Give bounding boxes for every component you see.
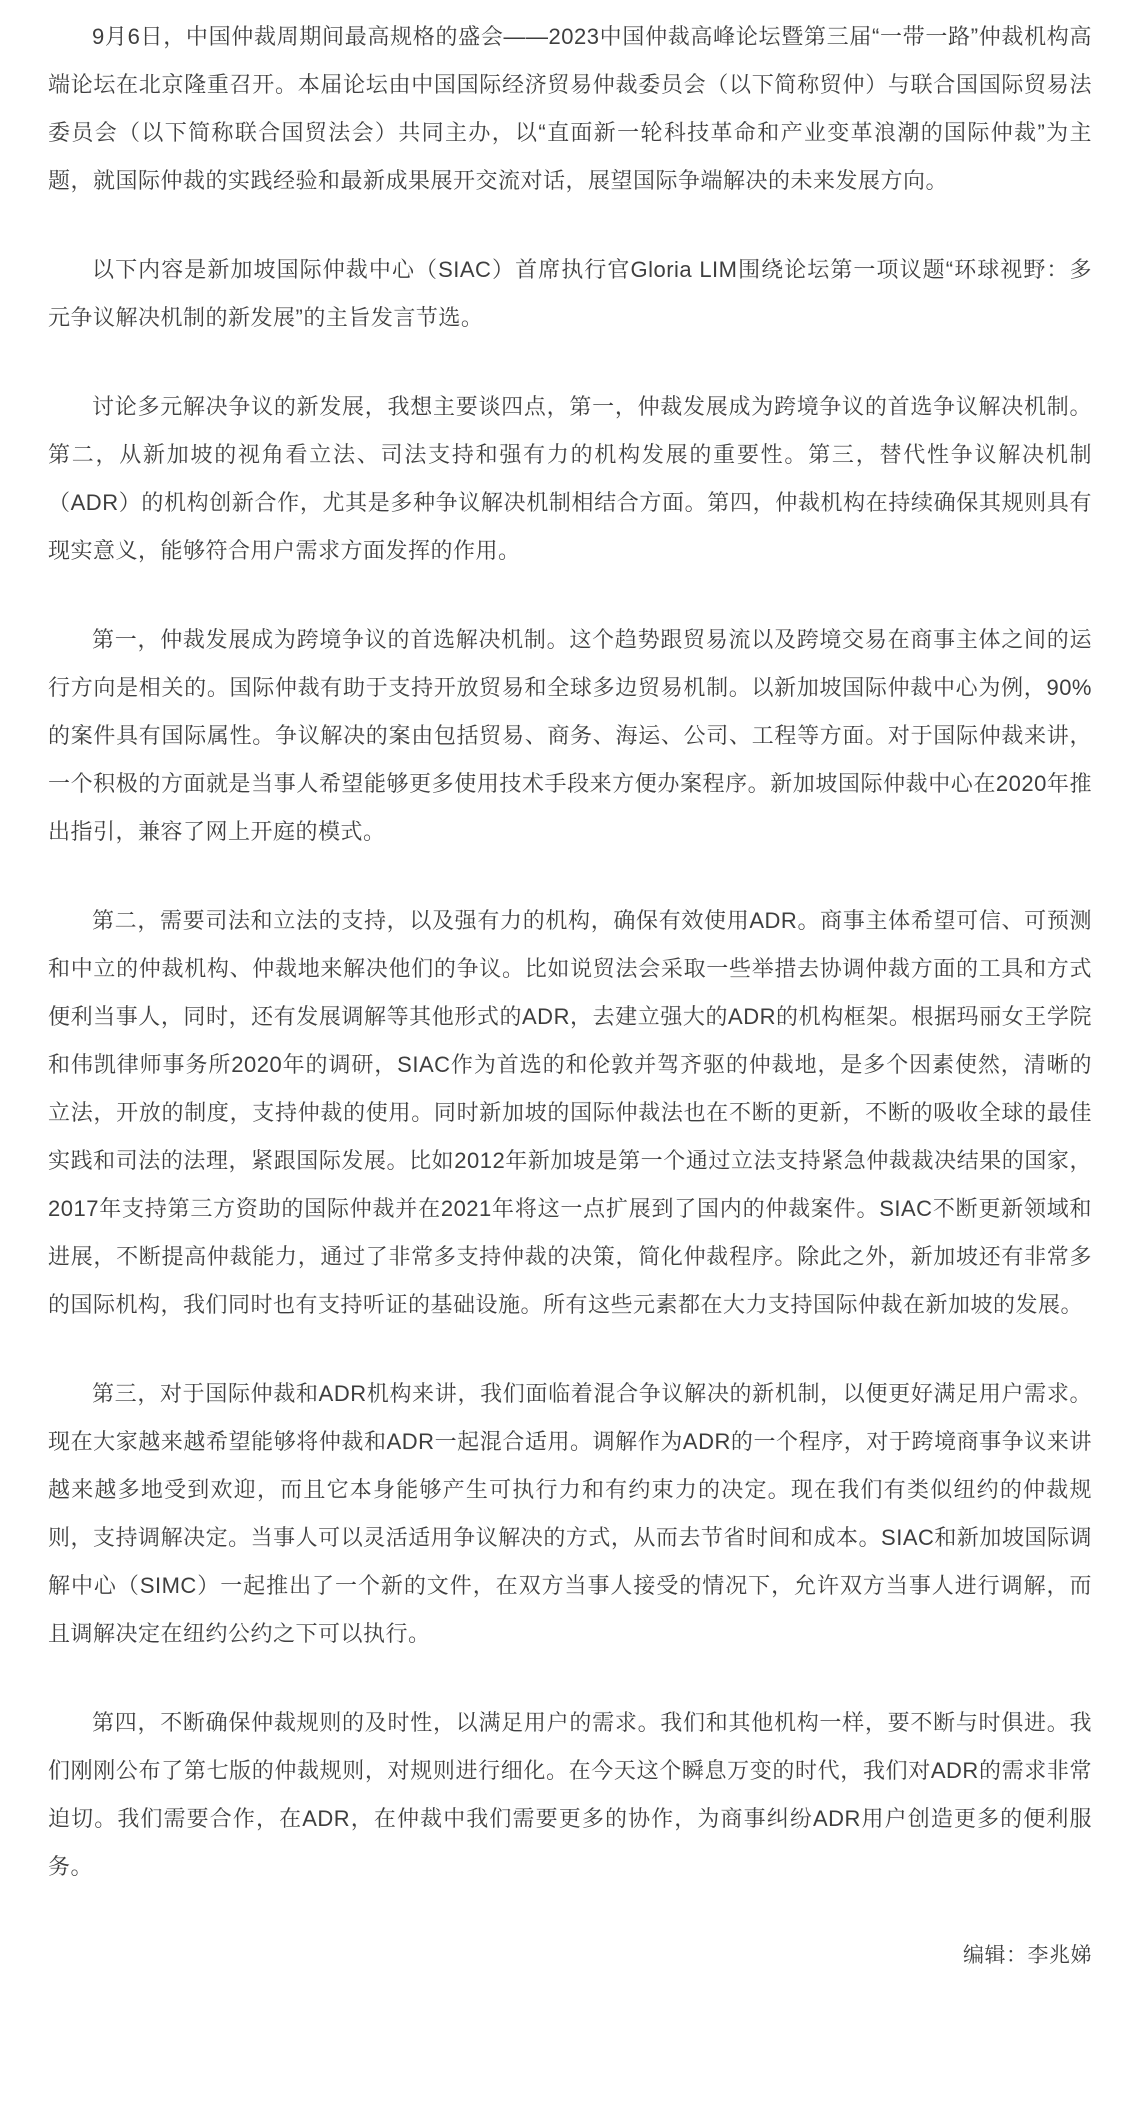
article-paragraph-point-1: 第一，仲裁发展成为跨境争议的首选解决机制。这个趋势跟贸易流以及跨境交易在商事主体… (48, 616, 1092, 856)
editor-credit: 编辑：李兆娣 (48, 1932, 1092, 1980)
article-paragraph-point-4: 第四，不断确保仲裁规则的及时性，以满足用户的需求。我们和其他机构一样，要不断与时… (48, 1699, 1092, 1891)
article-paragraph-overview: 讨论多元解决争议的新发展，我想主要谈四点，第一，仲裁发展成为跨境争议的首选争议解… (48, 383, 1092, 575)
article-paragraph-speaker-note: 以下内容是新加坡国际仲裁中心（SIAC）首席执行官Gloria LIM围绕论坛第… (48, 246, 1092, 342)
article-paragraph-intro: 9月6日，中国仲裁周期间最高规格的盛会——2023中国仲裁高峰论坛暨第三届“一带… (48, 13, 1092, 205)
article-paragraph-point-3: 第三，对于国际仲裁和ADR机构来讲，我们面临着混合争议解决的新机制，以便更好满足… (48, 1370, 1092, 1658)
article-paragraph-point-2: 第二，需要司法和立法的支持，以及强有力的机构，确保有效使用ADR。商事主体希望可… (48, 897, 1092, 1329)
article-page: 9月6日，中国仲裁周期间最高规格的盛会——2023中国仲裁高峰论坛暨第三届“一带… (0, 0, 1140, 2106)
